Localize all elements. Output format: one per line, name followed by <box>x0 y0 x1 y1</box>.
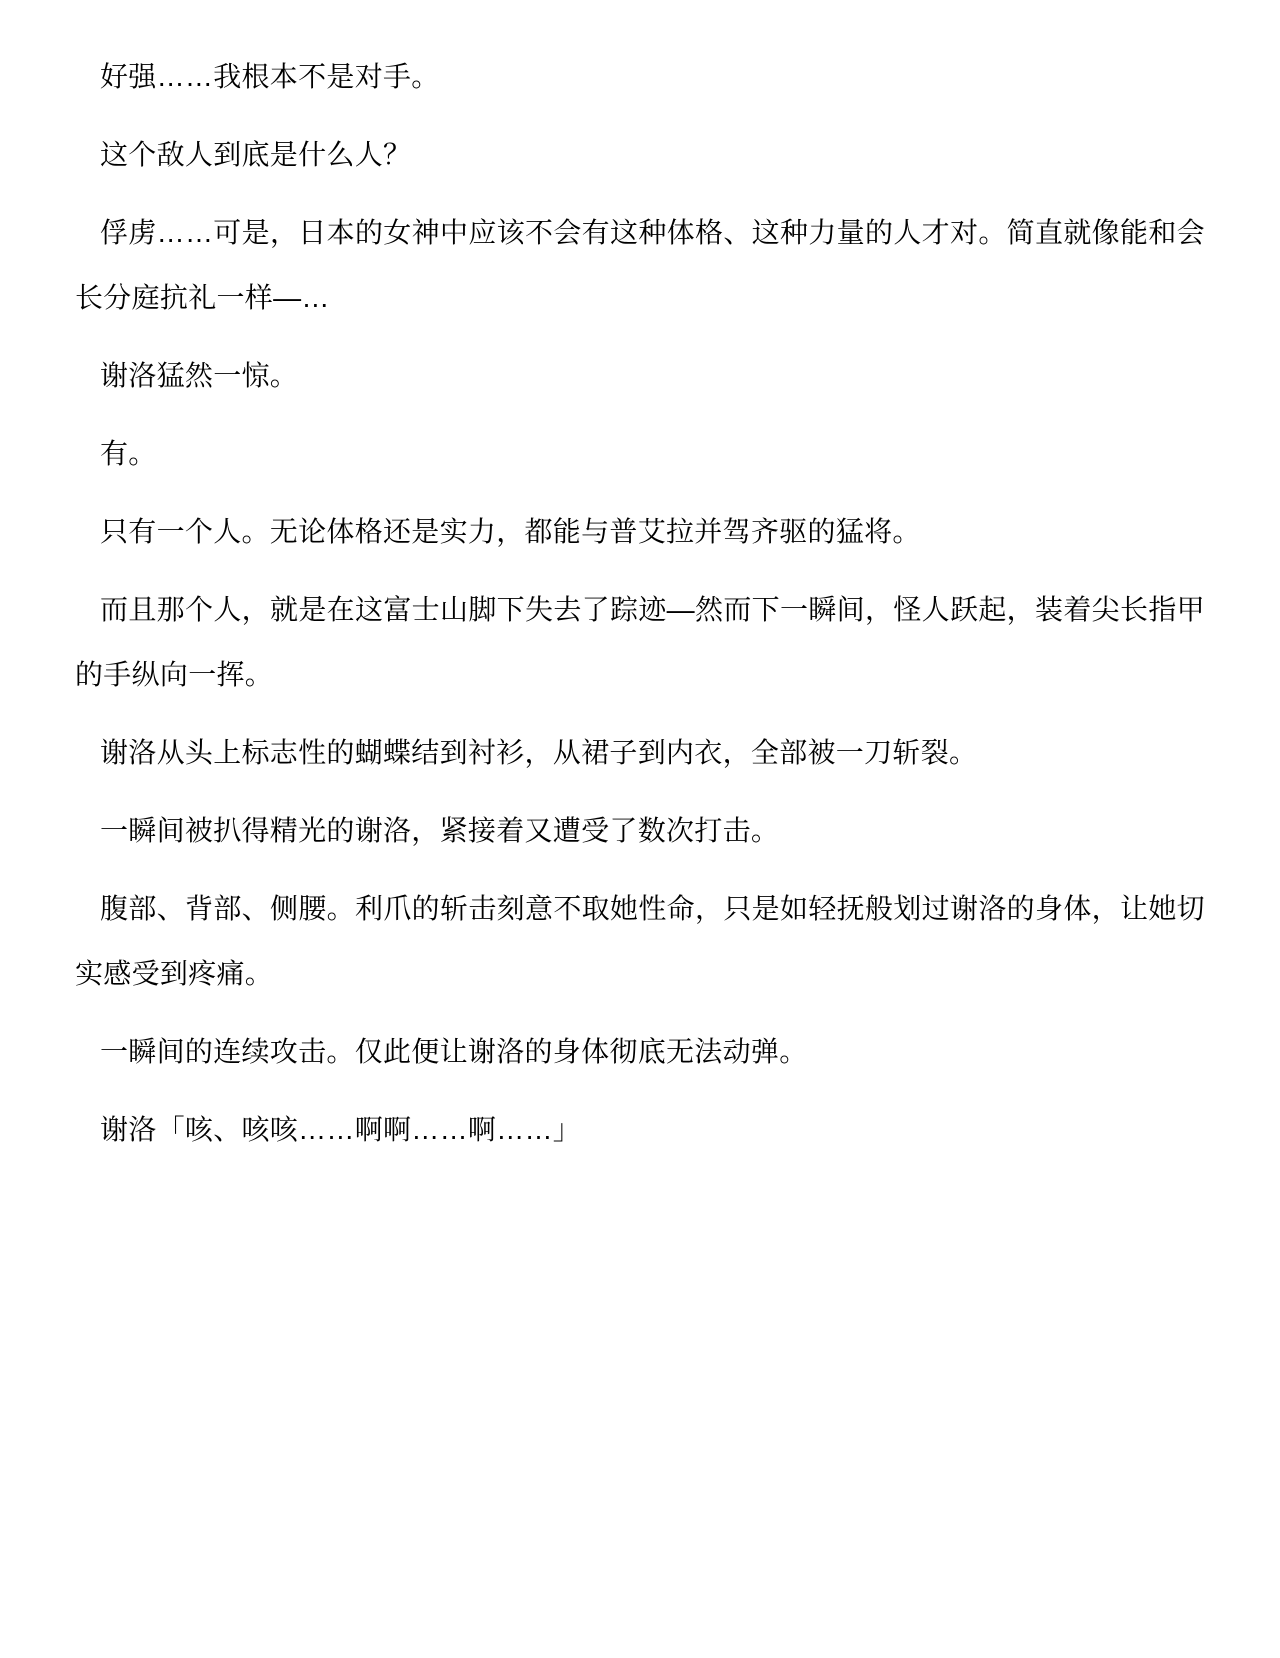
paragraph: 有。 <box>75 421 1205 486</box>
paragraph: 而且那个人，就是在这富士山脚下失去了踪迹—然而下一瞬间，怪人跃起，装着尖长指甲的… <box>75 577 1205 707</box>
paragraph: 谢洛从头上标志性的蝴蝶结到衬衫，从裙子到内衣，全部被一刀斩裂。 <box>75 720 1205 785</box>
paragraph: 一瞬间的连续攻击。仅此便让谢洛的身体彻底无法动弹。 <box>75 1019 1205 1084</box>
paragraph: 一瞬间被扒得精光的谢洛，紧接着又遭受了数次打击。 <box>75 798 1205 863</box>
paragraph: 腹部、背部、侧腰。利爪的斩击刻意不取她性命，只是如轻抚般划过谢洛的身体，让她切实… <box>75 876 1205 1006</box>
paragraph: 谢洛猛然一惊。 <box>75 343 1205 408</box>
document-page: 好强……我根本不是对手。 这个敌人到底是什么人？ 俘虏……可是，日本的女神中应该… <box>0 0 1280 1658</box>
paragraph: 这个敌人到底是什么人？ <box>75 122 1205 187</box>
paragraph: 只有一个人。无论体格还是实力，都能与普艾拉并驾齐驱的猛将。 <box>75 499 1205 564</box>
paragraph: 好强……我根本不是对手。 <box>75 44 1205 109</box>
paragraph: 俘虏……可是，日本的女神中应该不会有这种体格、这种力量的人才对。简直就像能和会长… <box>75 200 1205 330</box>
paragraph: 谢洛「咳、咳咳……啊啊……啊……」 <box>75 1097 1205 1162</box>
